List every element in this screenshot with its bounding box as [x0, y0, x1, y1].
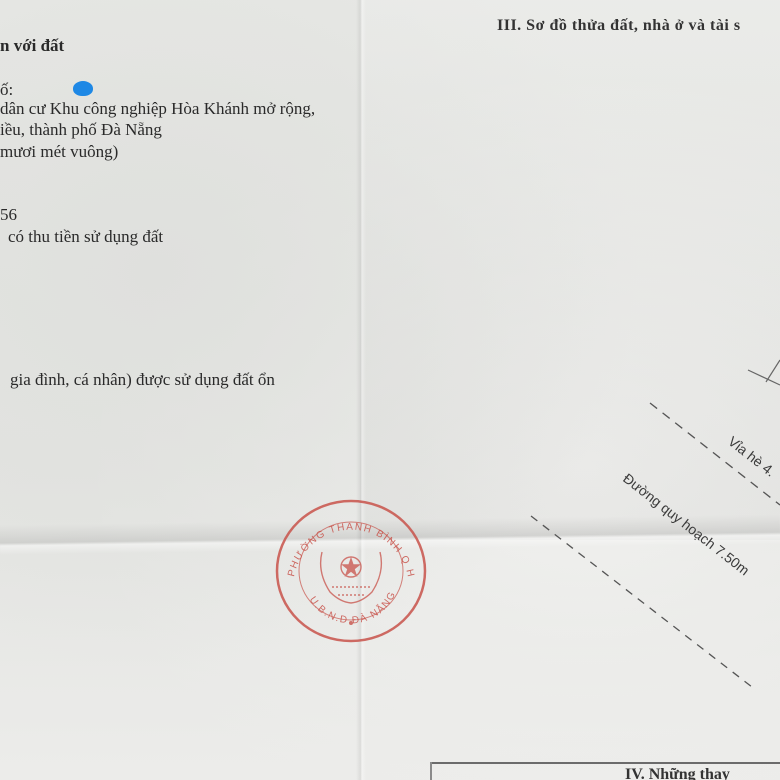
stamp-bottom-text: U.B.N.D ĐÀ NẴNG	[307, 589, 399, 626]
stamp-top-text: PHƯỜNG THANH BÌNH Q HẢI CHÂU TP	[272, 497, 416, 579]
document-photo: n với đất ố: dân cư Khu công nghiệp Hòa …	[0, 0, 780, 780]
svg-text:U.B.N.D ĐÀ NẴNG: U.B.N.D ĐÀ NẴNG	[307, 589, 399, 626]
next-section-title: IV. Những thay	[625, 766, 730, 780]
official-stamp: PHƯỜNG THANH BÌNH Q HẢI CHÂU TP U.B.N.D …	[272, 497, 430, 645]
emblem-icon	[321, 552, 382, 603]
land-plot-diagram	[0, 0, 780, 780]
parcel-boundary	[766, 360, 780, 382]
svg-text:PHƯỜNG THANH BÌNH Q HẢI CHÂU T: PHƯỜNG THANH BÌNH Q HẢI CHÂU TP	[272, 497, 416, 579]
parcel-boundary	[748, 370, 780, 385]
section-divider	[430, 762, 780, 764]
page-edge	[430, 762, 432, 780]
